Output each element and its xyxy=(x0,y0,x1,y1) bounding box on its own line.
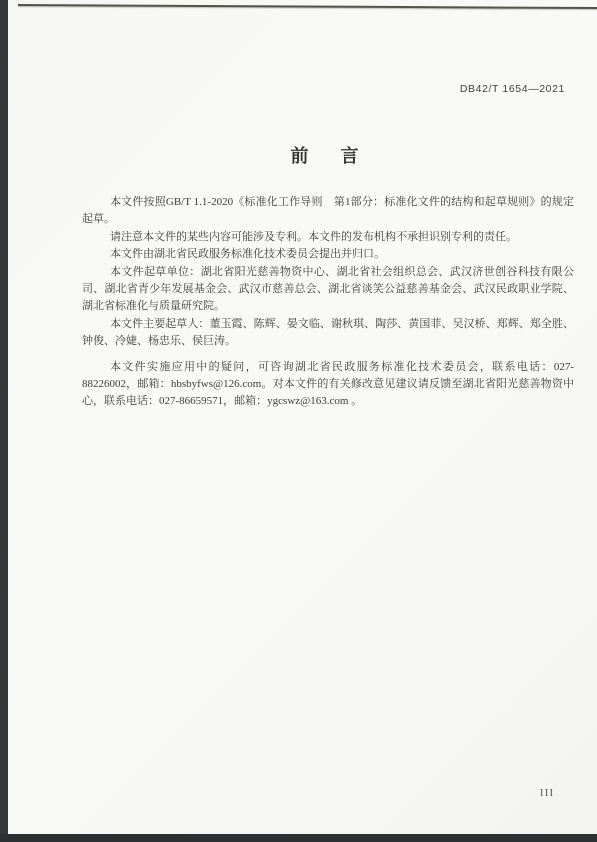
scan-border-left xyxy=(0,0,8,842)
scan-border-bottom xyxy=(0,834,597,842)
scanned-document-page: DB42/T 1654—2021 前 言 本文件按照GB/T 1.1-2020《… xyxy=(0,0,597,842)
document-code: DB42/T 1654—2021 xyxy=(460,83,565,95)
paragraph-drafting-organizations: 本文件起草单位：湖北省阳光慈善物资中心、湖北省社会组织总会、武汉济世创谷科技有限… xyxy=(82,264,574,316)
paragraph-proposing-body: 本文件由湖北省民政服务标准化技术委员会提出并归口。 xyxy=(82,246,574,263)
paragraph-contact-info: 本文件实施应用中的疑问，可咨询湖北省民政服务标准化技术委员会，联系电话：027-… xyxy=(82,359,574,411)
paragraph-drafting-rules: 本文件按照GB/T 1.1-2020《标准化工作导则 第1部分：标准化文件的结构… xyxy=(82,194,574,229)
page-top-edge-line xyxy=(18,4,597,9)
paragraph-main-drafters: 本文件主要起草人：董玉霞、陈辉、晏文临、谢秋琪、陶莎、黄国菲、吴汉桥、郑辉、郑全… xyxy=(82,316,574,351)
foreword-body: 本文件按照GB/T 1.1-2020《标准化工作导则 第1部分：标准化文件的结构… xyxy=(82,194,574,411)
paragraph-patent-notice: 请注意本文件的某些内容可能涉及专利。本文件的发布机构不承担识别专利的责任。 xyxy=(82,229,574,246)
foreword-title: 前 言 xyxy=(82,142,574,168)
page-number: III xyxy=(540,788,555,799)
